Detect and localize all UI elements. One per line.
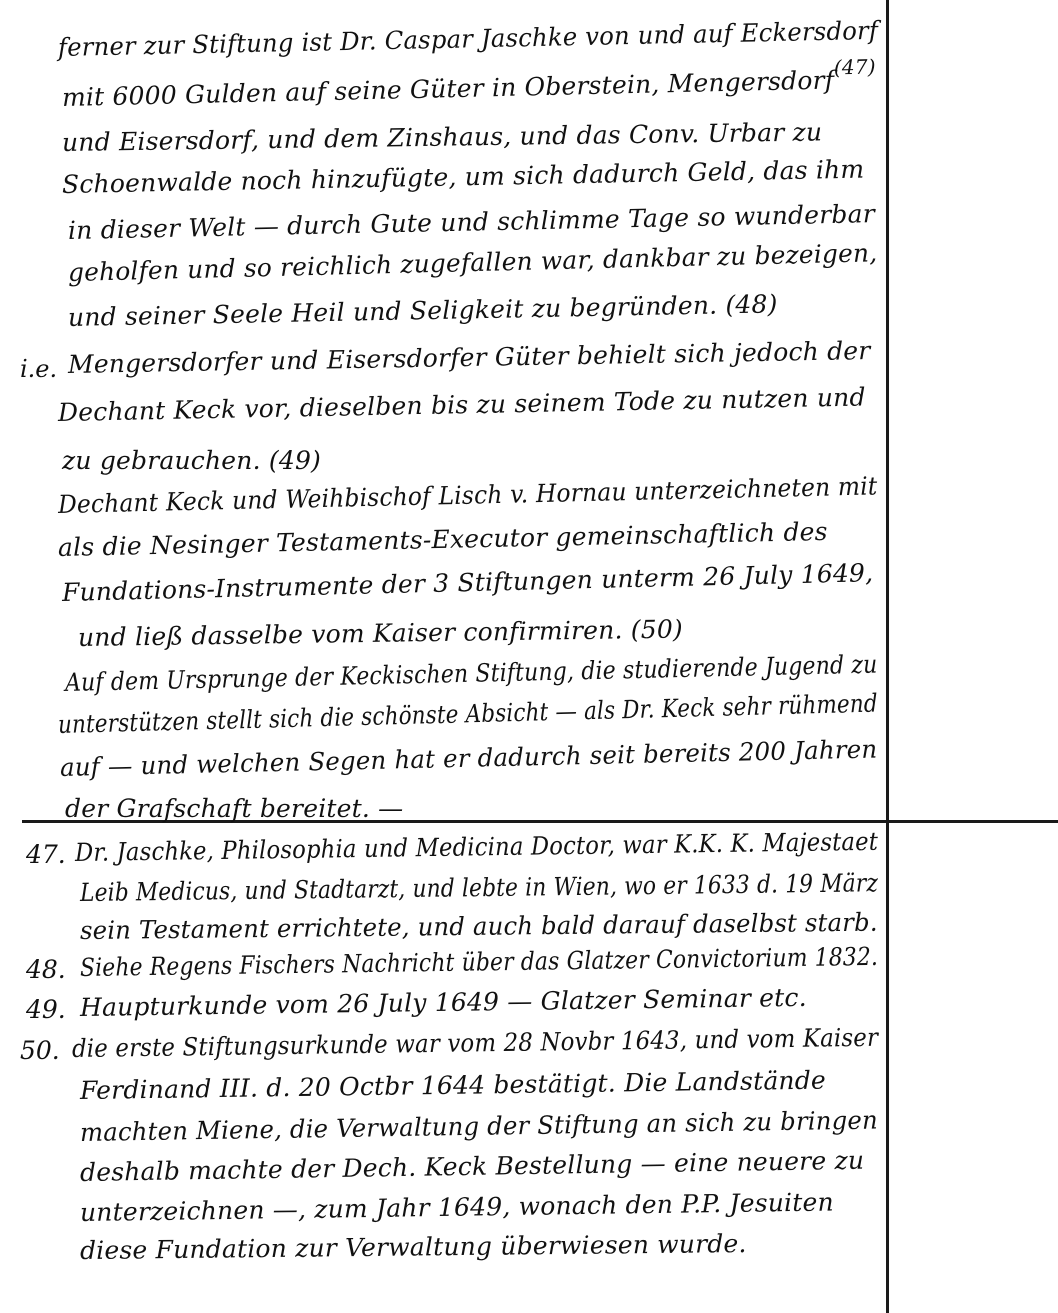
body-line-9: Dechant Keck vor, dieselben bis zu seine… (58, 384, 866, 425)
body-line-3: und Eisersdorf, und dem Zinshaus, und da… (62, 119, 823, 155)
footnote-50-number: 50. (20, 1036, 60, 1065)
body-line-5: in dieser Welt — durch Gute und schlimme… (68, 201, 875, 243)
footnote-50-line-3: machten Miene, die Verwaltung der Stiftu… (80, 1107, 878, 1145)
body-line-6: geholfen und so reichlich zugefallen war… (68, 240, 878, 285)
footnote-50-line-4: deshalb machte der Dech. Keck Bestellung… (80, 1148, 865, 1185)
body-line-7-text: und seiner Seele Heil und Seligkeit zu b… (68, 291, 718, 332)
body-line-2-text: mit 6000 Gulden auf seine Güter in Obers… (62, 65, 835, 112)
footnote-ref-48: (48) (725, 289, 778, 319)
footnote-48-line-1: Siehe Regens Fischers Nachricht über das… (80, 944, 878, 980)
manuscript-page: ferner zur Stiftung ist Dr. Caspar Jasch… (0, 0, 1058, 1313)
body-line-14-text: und ließ dasselbe vom Kaiser confirmiren… (78, 615, 623, 652)
body-line-17: auf — und welchen Segen hat er dadurch s… (60, 736, 878, 780)
footnote-47-line-3: sein Testament errichtete, und auch bald… (80, 910, 878, 943)
body-line-2: mit 6000 Gulden auf seine Güter in Obers… (62, 67, 877, 110)
body-line-8: Mengersdorfer und Eisersdorfer Güter beh… (68, 338, 871, 377)
body-line-18: der Grafschaft bereitet. — (65, 796, 403, 821)
footnote-47-line-1: Dr. Jaschke, Philosophia und Medicina Do… (75, 829, 878, 865)
body-line-14: und ließ dasselbe vom Kaiser confirmiren… (78, 617, 683, 650)
body-line-10-text: zu gebrauchen. (62, 446, 261, 475)
footnote-50-line-5: unterzeichnen —, zum Jahr 1649, wonach d… (80, 1189, 834, 1225)
body-line-12: als die Nesinger Testaments-Executor gem… (58, 519, 828, 560)
body-line-4: Schoenwalde noch hinzufügte, um sich dad… (62, 157, 865, 197)
marginal-note: i.e. (20, 355, 57, 383)
footnote-49-number: 49. (26, 995, 66, 1024)
footnote-ref-50: (50) (631, 615, 684, 645)
body-line-11: Dechant Keck und Weihbischof Lisch v. Ho… (58, 473, 878, 517)
body-line-10: zu gebrauchen. (49) (62, 448, 321, 473)
footnote-50-line-2: Ferdinand III. d. 20 Octbr 1644 bestätig… (80, 1068, 826, 1103)
footnote-50-line-1: die erste Stiftungsurkunde war vom 28 No… (72, 1025, 878, 1061)
body-line-7: und seiner Seele Heil und Seligkeit zu b… (68, 291, 778, 330)
body-line-1: ferner zur Stiftung ist Dr. Caspar Jasch… (58, 18, 878, 60)
body-line-15: Auf dem Ursprunge der Keckischen Stiftun… (65, 652, 878, 695)
body-line-13: Fundations-Instrumente der 3 Stiftungen … (62, 560, 874, 605)
footnote-ref-49: (49) (269, 446, 321, 475)
footnote-47-line-2: Leib Medicus, und Stadtarzt, und lebte i… (80, 870, 878, 905)
body-line-16: unterstützen stellt sich die schönste Ab… (58, 691, 878, 737)
footnote-49-line-1: Hauptur­kunde vom 26 July 1649 — Glatzer… (80, 985, 807, 1020)
footnote-47-number: 47. (26, 840, 66, 869)
vertical-margin-line (886, 0, 889, 1313)
footnote-50-line-6: diese Fundation zur Verwaltung überwiese… (80, 1231, 747, 1263)
footnote-48-number: 48. (26, 955, 66, 984)
footnote-ref-47: (47) (834, 55, 876, 80)
